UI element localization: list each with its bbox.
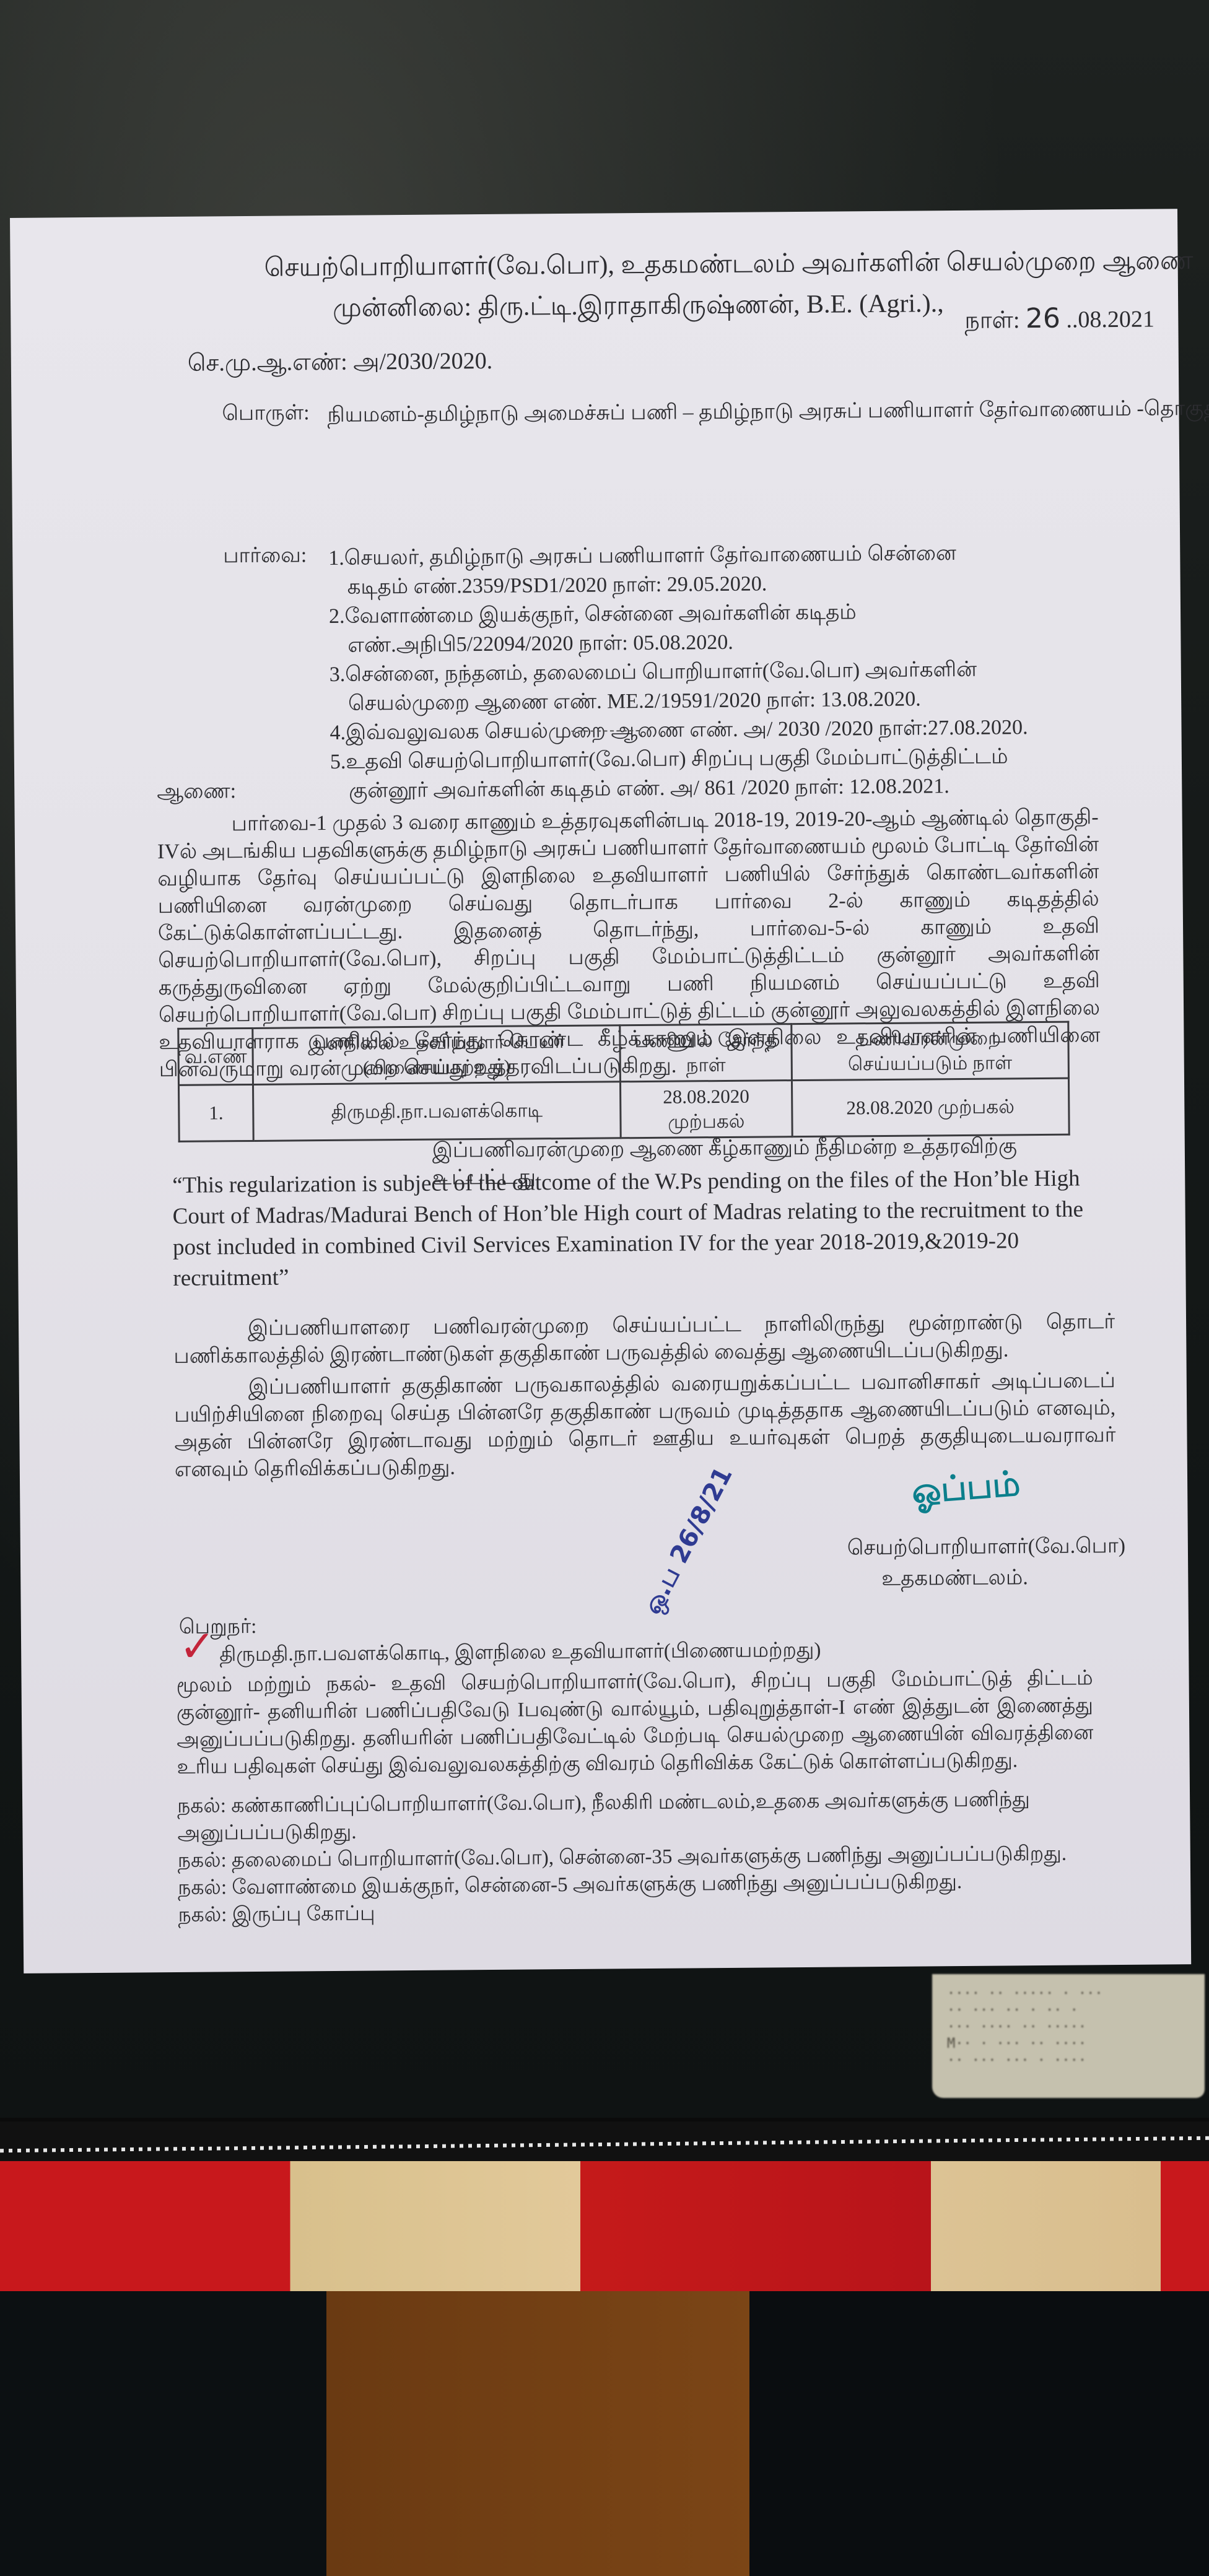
date-label: நாள்: <box>964 307 1019 334</box>
subject-text: நியமனம்-தமிழ்நாடு அமைச்சுப் பணி – தமிழ்ந… <box>327 396 1070 430</box>
table-header-row: வ.எண்இளநிலை உதவியாளர் பெயர் (பிணையமற்றது… <box>178 1022 1069 1085</box>
probation-paragraph: இப்பணியாளரை பணிவரன்முறை செய்யப்பட்ட நாளி… <box>173 1308 1115 1370</box>
table-cell: 1. <box>179 1084 254 1141</box>
signatory-place: உதகமண்டலம். <box>881 1566 1028 1593</box>
table-cell: 28.08.2020 முற்பகல் <box>792 1078 1069 1137</box>
regularization-table: வ.எண்இளநிலை உதவியாளர் பெயர் (பிணையமற்றது… <box>177 1021 1070 1142</box>
table-cell: 28.08.2020 முற்பகல் <box>621 1081 792 1138</box>
signature: ஓப்பம் <box>910 1463 1022 1516</box>
table-header-cell: வ.எண் <box>178 1028 253 1085</box>
document-title: செயற்பொறியாளர்(வே.பொ), உதகமண்டலம் அவர்கள… <box>264 246 1193 286</box>
reference-number: செ.மு.ஆ.எண்: அ/2030/2020. <box>188 347 493 380</box>
table-body: 1.திருமதி.நா.பவளக்கொடி28.08.2020 முற்பகல… <box>179 1078 1070 1141</box>
date-handwritten-day: 26 <box>1026 303 1060 334</box>
office-order-document: செயற்பொறியாளர்(வே.பொ), உதகமண்டலம் அவர்கள… <box>10 209 1191 1973</box>
references-label: பார்வை: <box>223 544 307 570</box>
table-header-cell: பணிவரன்முறை செய்யப்படும் நாள் <box>791 1022 1068 1081</box>
court-note-english: “This regularization is subject of the o… <box>172 1163 1121 1294</box>
initial-stamp: ஒ.ப 26/8/21 <box>638 1463 741 1621</box>
order-label: ஆணை: <box>157 780 236 806</box>
subject-label: பொருள்: <box>222 401 309 428</box>
reference-item: 3.சென்னை, நந்தனம், தலைமைப் பொறியாளர்(வே.… <box>330 655 1028 689</box>
date-rest: ..08.2021 <box>1066 306 1154 333</box>
table-header-cell: இளநிலை உதவியாளர் பெயர் (பிணையமற்றது) <box>253 1025 621 1085</box>
presence-line: முன்னிலை: திரு.ட்டி.இராதாகிருஷ்ணன், B.E.… <box>333 289 944 326</box>
worn-label-sticker: ···· ·· ····· · ····· ··· ·· · ·· ···· ·… <box>932 1974 1205 2098</box>
order-date: நாள்: 26 ..08.2021 <box>964 302 1154 337</box>
recipient-note: மூலம் மற்றும் நகல்- உதவி செயற்பொறியாளர்(… <box>176 1664 1093 1781</box>
floor-background <box>0 2291 1209 2576</box>
copies-list: நகல்: கண்காணிப்புப்பொறியாளர்(வே.பொ), நீல… <box>177 1786 1067 1929</box>
reference-item: 1.செயலர், தமிழ்நாடு அரசுப் பணியாளர் தேர்… <box>328 538 1026 573</box>
zipper-edge <box>0 2118 1209 2165</box>
recipient-name: திருமதி.நா.பவளக்கொடி, இளநிலை உதவியாளர்(ப… <box>219 1639 821 1669</box>
table-row: 1.திருமதி.நா.பவளக்கொடி28.08.2020 முற்பகல… <box>179 1078 1070 1141</box>
references-list: 1.செயலர், தமிழ்நாடு அரசுப் பணியாளர் தேர்… <box>328 538 1028 806</box>
table-cell: திருமதி.நா.பவளக்கொடி <box>253 1082 621 1141</box>
reference-item-detail: குன்னூர் அவர்களின் கடிதம் எண். அ/ 861 /2… <box>330 771 1028 806</box>
signatory-title: செயற்பொறியாளர்(வே.பொ) <box>847 1534 1125 1563</box>
red-tick-mark: ✓ <box>179 1621 216 1672</box>
table-header-cell: பணியில் சேர்ந்த நாள் <box>620 1024 792 1082</box>
